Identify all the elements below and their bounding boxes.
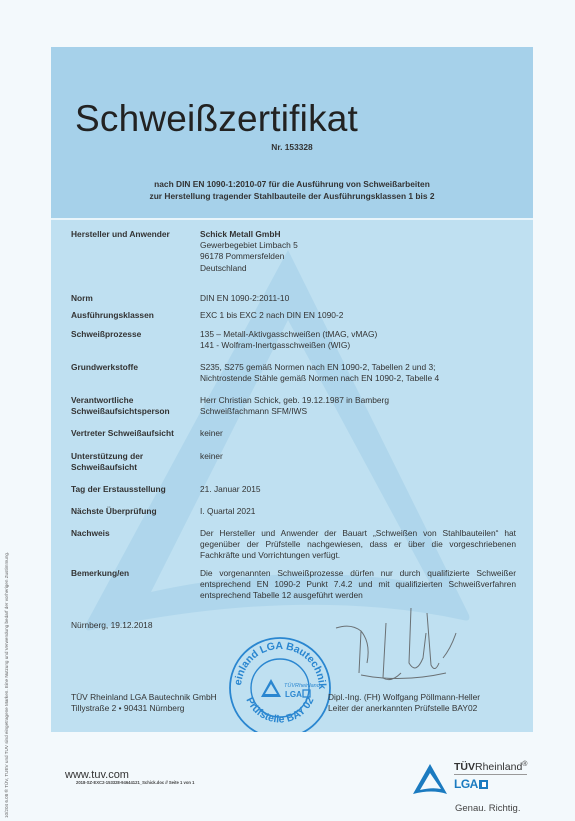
field-label: Ausführungsklassen <box>71 310 196 321</box>
field-value: EXC 1 bis EXC 2 nach DIN EN 1090-2 <box>200 310 516 321</box>
value-line: S235, S275 gemäß Normen nach EN 1090-2, … <box>200 362 516 373</box>
field-value: Herr Christian Schick, geb. 19.12.1987 i… <box>200 395 516 417</box>
lga-text: LGA <box>454 777 478 791</box>
field-value: DIN EN 1090-2:2011-10 <box>200 293 516 304</box>
field-label: Grundwerkstoffe <box>71 362 196 373</box>
registered-mark: ® <box>522 761 527 768</box>
address-line: Deutschland <box>200 263 516 274</box>
stamp-icon: TÜV Rheinland LGA Bautechnik GmbH Prüfst… <box>227 635 333 732</box>
issuer-name: TÜV Rheinland LGA Bautechnik GmbH <box>71 692 217 703</box>
logo-divider <box>454 774 527 775</box>
lga-logo: LGA <box>454 777 488 791</box>
certificate-title: Schweißzertifikat <box>75 98 358 140</box>
value-line: Herr Christian Schick, geb. 19.12.1987 i… <box>200 395 516 406</box>
field-value: keiner <box>200 428 516 439</box>
label-line: Unterstützung der <box>71 451 196 462</box>
svg-text:Prüfstelle BAY 02: Prüfstelle BAY 02 <box>243 695 316 725</box>
field-value: S235, S275 gemäß Normen nach EN 1090-2, … <box>200 362 516 384</box>
field-value: Schick Metall GmbH Gewerbegebiet Limbach… <box>200 229 516 274</box>
value-line: Nichtrostende Stähle gemäß Normen nach E… <box>200 373 516 384</box>
field-value: 21. Januar 2015 <box>200 484 516 495</box>
trademark-side-note: 10/204 6.08 ® TÜV, TUEV und TUV sind ein… <box>4 552 9 818</box>
address-line: Gewerbegebiet Limbach 5 <box>200 240 516 251</box>
certificate-panel: Schweißzertifikat Nr. 153328 nach DIN EN… <box>51 47 533 732</box>
field-label: Nächste Überprüfung <box>71 506 196 517</box>
value-line: 135 – Metall-Aktivgasschweißen (tMAG, vM… <box>200 329 516 340</box>
issuer-block: TÜV Rheinland LGA Bautechnik GmbH Tillys… <box>71 692 217 714</box>
svg-text:TÜVRheinland: TÜVRheinland <box>284 682 321 689</box>
field-value: keiner <box>200 451 516 462</box>
logo-rheinland: Rheinland <box>475 761 522 773</box>
tuv-rheinland-logo-text: TÜVRheinland® <box>454 761 527 773</box>
issuer-address: Tillystraße 2 • 90431 Nürnberg <box>71 703 217 714</box>
field-label: Verantwortliche Schweißaufsichtsperson <box>71 395 196 417</box>
field-label: Norm <box>71 293 196 304</box>
tuv-triangle-logo-icon <box>412 763 448 795</box>
field-label: Vertreter Schweißaufsicht <box>71 428 196 439</box>
svg-text:LGA: LGA <box>285 690 302 699</box>
subtitle-line: zur Herstellung tragender Stahlbauteile … <box>51 190 533 202</box>
field-value: Der Hersteller und Anwender der Bauart „… <box>200 528 516 562</box>
value-line: Schweißfachmann SFM/IWS <box>200 406 516 417</box>
logo-slogan: Genau. Richtig. <box>455 803 520 814</box>
field-label: Bemerkung/en <box>71 568 196 579</box>
subtitle-line: nach DIN EN 1090-1:2010-07 für die Ausfü… <box>51 178 533 190</box>
label-line: Verantwortliche <box>71 395 196 406</box>
field-label: Unterstützung der Schweißaufsicht <box>71 451 196 473</box>
field-label: Nachweis <box>71 528 196 539</box>
field-value: Die vorgenannten Schweißprozesse dürfen … <box>200 568 516 602</box>
label-line: Schweißaufsichtsperson <box>71 406 196 417</box>
signature-icon <box>331 603 481 693</box>
field-value: 135 – Metall-Aktivgasschweißen (tMAG, vM… <box>200 329 516 351</box>
signer-role: Leiter der anerkannten Prüfstelle BAY02 <box>328 703 480 714</box>
field-label: Hersteller und Anwender <box>71 229 196 240</box>
address-line: 96178 Pommersfelden <box>200 251 516 262</box>
field-label: Schweißprozesse <box>71 329 196 340</box>
certificate-subtitle: nach DIN EN 1090-1:2010-07 für die Ausfü… <box>51 178 533 202</box>
field-value: I. Quartal 2021 <box>200 506 516 517</box>
svg-text:TÜV Rheinland LGA Bautechnik G: TÜV Rheinland LGA Bautechnik GmbH <box>227 635 328 689</box>
certificate-number: Nr. 153328 <box>51 142 533 152</box>
field-label: Tag der Erstausstellung <box>71 484 196 495</box>
place-and-date: Nürnberg, 19.12.2018 <box>71 620 153 630</box>
signer-block: Dipl.-Ing. (FH) Wolfgang Pöllmann-Heller… <box>328 692 480 714</box>
label-line: Schweißaufsicht <box>71 462 196 473</box>
value-line: 141 - Wolfram-Inertgasschweißen (WIG) <box>200 340 516 351</box>
company-name: Schick Metall GmbH <box>200 229 516 240</box>
signer-name: Dipl.-Ing. (FH) Wolfgang Pöllmann-Heller <box>328 692 480 703</box>
footer-file-reference: 2018-SZ-EXC2-153328-94644121_Schick.doc … <box>76 780 194 785</box>
logo-tuv: TÜV <box>454 761 475 773</box>
lga-box-icon <box>479 780 488 789</box>
